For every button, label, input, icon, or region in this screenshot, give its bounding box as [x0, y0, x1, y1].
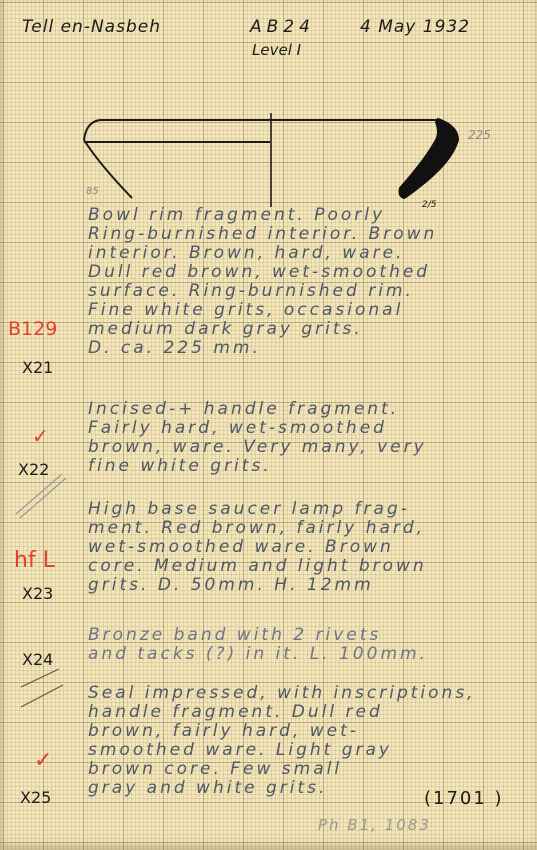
entry-line: Ring-burnished interior. Brown — [88, 225, 437, 244]
entry-line: surface. Ring-burnished rim. — [88, 282, 437, 301]
entry-line: gray and white grits. — [88, 779, 476, 798]
entry-line: High base saucer lamp frag- — [88, 500, 427, 519]
catalog-number: X25 — [20, 788, 51, 807]
entry-line: wet-smoothed ware. Brown — [88, 538, 427, 557]
entry-line: Fine white grits, occasional — [88, 301, 437, 320]
entry-line: Fairly hard, wet-smoothed — [88, 419, 427, 438]
record-card: Tell en-Nasbeh AB24 4 May 1932 Level I 2… — [0, 0, 537, 850]
reference-note: (1701 ) — [424, 788, 504, 809]
entry-line: Bowl rim fragment. Poorly — [88, 206, 437, 225]
entry-line: medium dark gray grits. — [88, 320, 437, 339]
entry-line: brown core. Few small — [88, 760, 476, 779]
entry-line: ment. Red brown, fairly hard, — [88, 519, 427, 538]
catalog-number: X21 — [22, 358, 53, 377]
diameter-label: 225 — [468, 128, 491, 142]
entry-line: and tacks (?) in it. L. 100mm. — [88, 645, 428, 664]
strike-marks — [15, 665, 70, 710]
entry-x24: Bronze band with 2 rivets and tacks (?) … — [88, 626, 428, 664]
entry-line: Dull red brown, wet-smoothed — [88, 263, 437, 282]
entry-line: Seal impressed, with inscriptions, — [88, 684, 476, 703]
entry-x21: Bowl rim fragment. Poorly Ring-burnished… — [88, 206, 437, 358]
red-mark-b129: B129 — [8, 318, 57, 340]
check-mark-icon: ✓ — [34, 748, 52, 773]
entry-line: fine white grits. — [88, 457, 427, 476]
bowl-profile-drawing — [0, 0, 537, 215]
entry-line: brown, ware. Very many, very — [88, 438, 427, 457]
entry-line: grits. D. 50mm. H. 12mm — [88, 576, 427, 595]
entry-x25: Seal impressed, with inscriptions, handl… — [88, 684, 476, 798]
red-mark-hfl: hf L — [14, 548, 55, 573]
catalog-number: X23 — [22, 584, 53, 603]
entry-line: handle fragment. Dull red — [88, 703, 476, 722]
entry-line: brown, fairly hard, wet- — [88, 722, 476, 741]
entry-x22: Incised-+ handle fragment. Fairly hard, … — [88, 400, 427, 476]
entry-line: interior. Brown, hard, ware. — [88, 244, 437, 263]
entry-line: Incised-+ handle fragment. — [88, 400, 427, 419]
entry-x23: High base saucer lamp frag- ment. Red br… — [88, 500, 427, 595]
entry-line: core. Medium and light brown — [88, 557, 427, 576]
entry-line: smoothed ware. Light gray — [88, 741, 476, 760]
check-mark-icon: ✓ — [32, 424, 49, 448]
strike-marks — [10, 470, 70, 520]
depth-label: 85 — [86, 186, 99, 197]
photo-reference: Ph B1, 1083 — [318, 816, 431, 834]
entry-line: D. ca. 225 mm. — [88, 339, 437, 358]
entry-line: Bronze band with 2 rivets — [88, 626, 428, 645]
